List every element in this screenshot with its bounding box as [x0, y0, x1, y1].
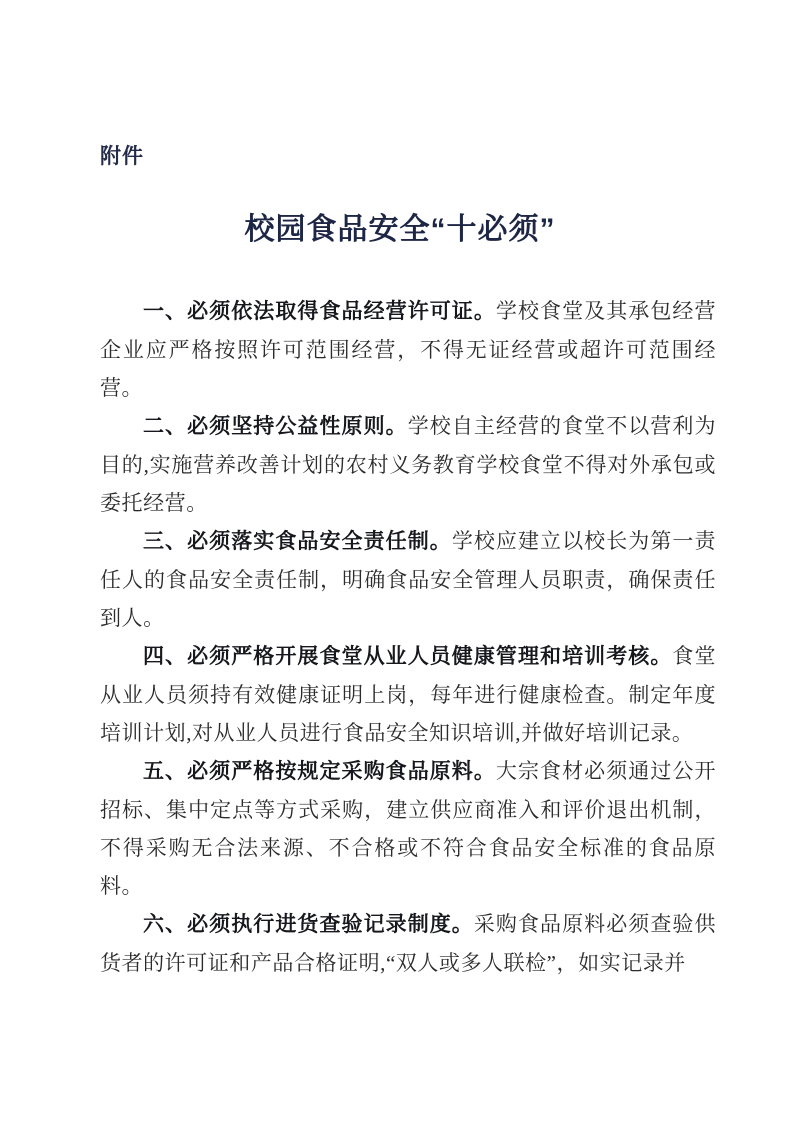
- document-title: 校园食品安全“十必须”: [0, 211, 800, 248]
- paragraph-5-lead: 五、必须严格按规定采购食品原料。: [143, 760, 496, 783]
- paragraph-1: 一、必须依法取得食品经营许可证。学校食堂及其承包经营企业应严格按照许可范围经营，…: [100, 292, 716, 407]
- paragraph-6: 六、必须执行进货查验记录制度。采购食品原料必须查验供货者的许可证和产品合格证明,…: [100, 905, 716, 982]
- attachment-label: 附件: [100, 144, 144, 170]
- paragraph-4: 四、必须严格开展食堂从业人员健康管理和培训考核。食堂从业人员须持有效健康证明上岗…: [100, 637, 716, 752]
- paragraph-2-lead: 二、必须坚持公益性原则。: [143, 415, 408, 438]
- paragraph-3: 三、必须落实食品安全责任制。学校应建立以校长为第一责任人的食品安全责任制，明确食…: [100, 522, 716, 637]
- paragraph-6-lead: 六、必须执行进货查验记录制度。: [143, 913, 474, 936]
- paragraph-5: 五、必须严格按规定采购食品原料。大宗食材必须通过公开招标、集中定点等方式采购，建…: [100, 752, 716, 905]
- paragraph-1-lead: 一、必须依法取得食品经营许可证。: [143, 300, 496, 323]
- paragraph-2: 二、必须坚持公益性原则。学校自主经营的食堂不以营利为目的,实施营养改善计划的农村…: [100, 407, 716, 522]
- document-page: 附件 校园食品安全“十必须” 一、必须依法取得食品经营许可证。学校食堂及其承包经…: [0, 0, 800, 1131]
- document-body: 一、必须依法取得食品经营许可证。学校食堂及其承包经营企业应严格按照许可范围经营，…: [100, 292, 716, 982]
- paragraph-4-lead: 四、必须严格开展食堂从业人员健康管理和培训考核。: [143, 645, 672, 668]
- paragraph-3-lead: 三、必须落实食品安全责任制。: [143, 530, 452, 553]
